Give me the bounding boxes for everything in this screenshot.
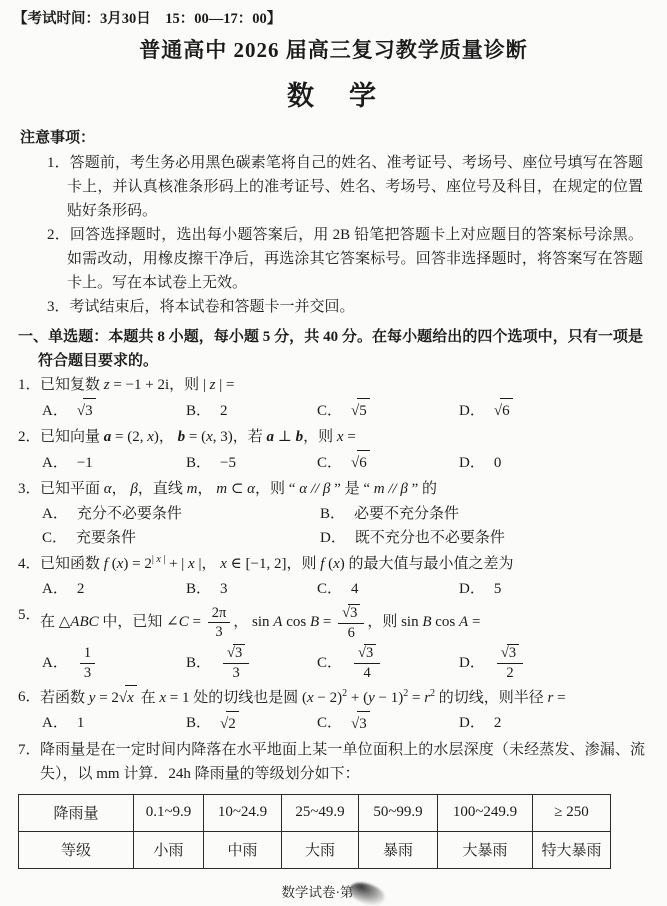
option-6-A: A．1 xyxy=(42,711,186,735)
rain-table-row-2: 等级小雨中雨大雨暴雨大暴雨特大暴雨 xyxy=(19,831,611,868)
fraction: 13 xyxy=(80,645,95,681)
option-label: D． xyxy=(459,651,485,675)
rain-table-row-1: 降雨量0.1~9.910~24.925~49.950~99.9100~249.9… xyxy=(19,794,611,831)
radical: √3 xyxy=(351,711,370,736)
exam-title: 普通高中 2026 届高三复习教学质量诊断 xyxy=(0,37,667,63)
option-3-A: A．充分不必要条件 xyxy=(42,502,320,526)
options: A．13B．√33C．√34D．√32 xyxy=(42,642,667,684)
rain-table-cell: 大雨 xyxy=(282,831,359,868)
question-number: 6． xyxy=(18,685,40,710)
fraction: √32 xyxy=(497,644,523,681)
question-number: 1． xyxy=(18,373,40,397)
option-label: A． xyxy=(42,577,68,601)
question-number: 3． xyxy=(18,477,40,501)
option-2-A: A．−1 xyxy=(42,451,186,475)
option-label: A． xyxy=(42,651,68,675)
option-label: A． xyxy=(42,399,68,423)
option-2-C: C．√6 xyxy=(317,450,459,475)
rain-table-cell: 小雨 xyxy=(134,831,204,868)
radical: √5 xyxy=(351,398,370,423)
fraction: 2π3 xyxy=(208,605,231,641)
option-label: C． xyxy=(317,711,342,735)
rain-table-cell: 大暴雨 xyxy=(438,831,533,868)
option-1-C: C．√5 xyxy=(317,398,459,423)
option-4-D: D．5 xyxy=(459,577,667,601)
option-value: 13 xyxy=(77,644,98,682)
option-value: √32 xyxy=(494,643,526,682)
option-label: B． xyxy=(186,399,211,423)
question-5: 5．在 △ABC 中，已知 ∠C = 2π3， sin A cos B = √3… xyxy=(0,603,667,685)
option-label: B． xyxy=(186,451,211,475)
option-value: 3 xyxy=(220,577,228,601)
rain-table-cell: 0.1~9.9 xyxy=(134,794,204,831)
option-1-A: A．√3 xyxy=(42,398,186,423)
option-2-D: D．0 xyxy=(459,451,667,475)
option-4-C: C．4 xyxy=(317,577,459,601)
page-footer: 数学试卷·第 xyxy=(0,881,667,901)
option-value: 2 xyxy=(494,711,502,735)
option-value: 5 xyxy=(494,577,502,601)
radical: √3 xyxy=(342,604,360,622)
option-value: 必要不充分条件 xyxy=(354,502,459,526)
option-1-B: B．2 xyxy=(186,399,317,423)
option-label: A． xyxy=(42,711,68,735)
option-value: −1 xyxy=(77,451,93,475)
notice-heading: 注意事项： xyxy=(20,127,667,149)
question-stem: 已知函数 f (x) = 2| x | + | x |， x ∈ [−1, 2]… xyxy=(40,552,645,576)
radical: √3 xyxy=(227,644,245,662)
option-value: 充分不必要条件 xyxy=(77,502,182,526)
option-6-D: D．2 xyxy=(459,711,667,735)
radical: √3 xyxy=(501,644,519,662)
question-number: 7． xyxy=(18,738,40,786)
question-1: 1．已知复数 z = −1 + 2i，则 | z | =A．√3B．2C．√5D… xyxy=(0,373,667,425)
option-6-C: C．√3 xyxy=(317,711,459,736)
option-label: B． xyxy=(186,651,211,675)
option-value: √6 xyxy=(494,398,513,423)
question-number: 4． xyxy=(18,552,40,576)
question-stem: 在 △ABC 中，已知 ∠C = 2π3， sin A cos B = √36，… xyxy=(40,603,645,642)
option-label: C． xyxy=(42,526,67,550)
radical: √3 xyxy=(77,398,96,423)
option-value: 2 xyxy=(77,577,85,601)
option-label: C． xyxy=(317,577,342,601)
option-label: D． xyxy=(459,711,485,735)
option-value: √33 xyxy=(220,643,252,682)
radical: √3 xyxy=(358,644,376,662)
option-1-D: D．√6 xyxy=(459,398,667,423)
option-value: 0 xyxy=(494,451,502,475)
option-value: −5 xyxy=(220,451,236,475)
option-value: √3 xyxy=(77,398,96,423)
option-label: D． xyxy=(459,399,485,423)
option-3-B: B．必要不充分条件 xyxy=(320,502,667,526)
exam-time-note: 【考试时间：3月30日 15：00—17：00】 xyxy=(13,9,667,29)
options: A．2B．3C．4D．5 xyxy=(42,576,667,603)
rainfall-table: 降雨量0.1~9.910~24.925~49.950~99.9100~249.9… xyxy=(18,794,611,869)
rain-table-cell: 等级 xyxy=(19,831,134,868)
option-6-B: B．√2 xyxy=(186,711,317,736)
question-number: 5． xyxy=(18,603,40,642)
rain-table-cell: 暴雨 xyxy=(359,831,438,868)
rain-table-cell: 100~249.9 xyxy=(438,794,533,831)
option-5-A: A．13 xyxy=(42,644,186,682)
notice-item-2: 2．回答选择题时，选出每小题答案后，用 2B 铅笔把答题卡上对应题目的答案标号涂… xyxy=(47,223,643,295)
option-label: C． xyxy=(317,651,342,675)
rain-table-cell: 中雨 xyxy=(204,831,282,868)
option-label: A． xyxy=(42,451,68,475)
option-value: √3 xyxy=(351,711,370,736)
option-value: 4 xyxy=(351,577,359,601)
options: A．−1B．−5C．√6D．0 xyxy=(42,449,667,477)
radical: √6 xyxy=(494,398,513,423)
exam-subject: 数 学 xyxy=(0,79,667,113)
option-label: D． xyxy=(320,526,346,550)
option-label: D． xyxy=(459,577,485,601)
option-label: D． xyxy=(459,451,485,475)
rain-table-cell: 50~99.9 xyxy=(359,794,438,831)
question-stem: 已知平面 α， β，直线 m， m ⊂ α，则 “ α // β ” 是 “ m… xyxy=(40,477,645,501)
option-label: C． xyxy=(317,451,342,475)
question-number: 2． xyxy=(18,425,40,449)
question-stem: 已知复数 z = −1 + 2i，则 | z | = xyxy=(40,373,645,397)
option-value: 1 xyxy=(77,711,85,735)
question-6: 6．若函数 y = 2√x 在 x = 1 处的切线也是圆 (x − 2)2 +… xyxy=(0,685,667,738)
fraction: √33 xyxy=(223,644,249,681)
notice-item-3: 3．考试结束后，将本试卷和答题卡一并交回。 xyxy=(47,295,643,319)
option-3-D: D．既不充分也不必要条件 xyxy=(320,526,667,550)
rain-table-cell: ≥ 250 xyxy=(533,794,611,831)
option-label: B． xyxy=(320,502,345,526)
option-label: C． xyxy=(317,399,342,423)
footer-text: 数学试卷·第 xyxy=(282,881,354,901)
option-value: √2 xyxy=(220,711,239,736)
exam-paper: 【考试时间：3月30日 15：00—17：00】 普通高中 2026 届高三复习… xyxy=(0,0,667,906)
option-4-A: A．2 xyxy=(42,577,186,601)
option-label: A． xyxy=(42,502,68,526)
question-4: 4．已知函数 f (x) = 2| x | + | x |， x ∈ [−1, … xyxy=(0,552,667,603)
option-value: √34 xyxy=(351,643,383,682)
option-label: B． xyxy=(186,711,211,735)
option-2-B: B．−5 xyxy=(186,451,317,475)
option-label: B． xyxy=(186,577,211,601)
radical: √2 xyxy=(220,711,239,736)
option-5-B: B．√33 xyxy=(186,643,317,682)
option-value: 充要条件 xyxy=(76,526,136,550)
rain-table-cell: 特大暴雨 xyxy=(533,831,611,868)
question-stem: 降雨量是在一定时间内降落在水平地面上某一单位面积上的水层深度（未经蒸发、渗漏、流… xyxy=(40,738,645,786)
question-2: 2．已知向量 a = (2, x)， b = (x, 3)，若 a ⊥ b，则 … xyxy=(0,425,667,477)
option-4-B: B．3 xyxy=(186,577,317,601)
question-7: 7．降雨量是在一定时间内降落在水平地面上某一单位面积上的水层深度（未经蒸发、渗漏… xyxy=(0,738,667,786)
rain-table-cell: 25~49.9 xyxy=(282,794,359,831)
option-value: 2 xyxy=(220,399,228,423)
notice-item-1: 1．答题前，考生务必用黑色碳素笔将自己的姓名、准考证号、考场号、座位号填写在答题… xyxy=(47,151,643,223)
options: A．充分不必要条件B．必要不充分条件C．充要条件D．既不充分也不必要条件 xyxy=(42,501,667,552)
fraction: √34 xyxy=(354,644,380,681)
question-stem: 已知向量 a = (2, x)， b = (x, 3)，若 a ⊥ b，则 x … xyxy=(40,425,645,449)
options: A．1B．√2C．√3D．2 xyxy=(42,710,667,738)
option-5-C: C．√34 xyxy=(317,643,459,682)
fraction: √36 xyxy=(338,604,364,641)
section-heading: 一、单选题：本题共 8 小题，每小题 5 分，共 40 分。在每小题给出的四个选… xyxy=(18,325,643,373)
question-list: 1．已知复数 z = −1 + 2i，则 | z | =A．√3B．2C．√5D… xyxy=(0,373,667,786)
radical: √x xyxy=(119,685,137,710)
question-stem: 若函数 y = 2√x 在 x = 1 处的切线也是圆 (x − 2)2 + (… xyxy=(40,685,645,710)
option-5-D: D．√32 xyxy=(459,643,667,682)
option-value: √5 xyxy=(351,398,370,423)
options: A．√3B．2C．√5D．√6 xyxy=(42,397,667,425)
notice-list: 1．答题前，考生务必用黑色碳素笔将自己的姓名、准考证号、考场号、座位号填写在答题… xyxy=(0,151,643,319)
rain-table-cell: 降雨量 xyxy=(19,794,134,831)
radical: √6 xyxy=(351,450,370,475)
rain-table-cell: 10~24.9 xyxy=(204,794,282,831)
question-3: 3．已知平面 α， β，直线 m， m ⊂ α，则 “ α // β ” 是 “… xyxy=(0,477,667,552)
option-3-C: C．充要条件 xyxy=(42,526,320,550)
option-value: √6 xyxy=(351,450,370,475)
option-value: 既不充分也不必要条件 xyxy=(355,526,505,550)
